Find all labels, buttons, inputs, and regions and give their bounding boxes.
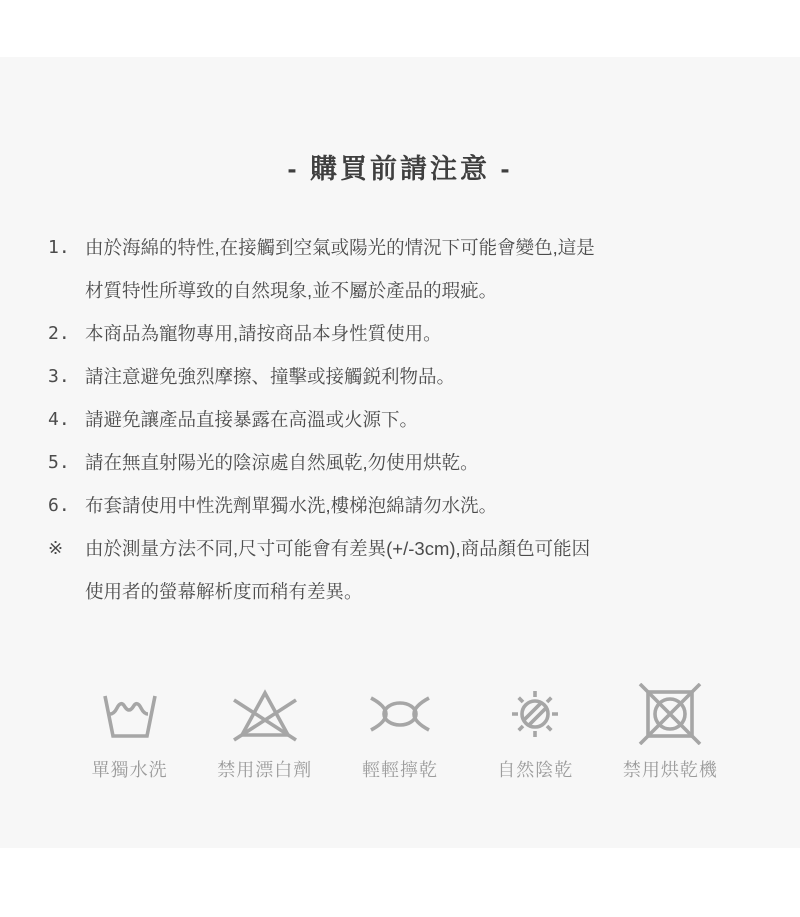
- notice-text: 本商品為寵物專用,請按商品本身性質使用。: [85, 312, 758, 355]
- care-icon-wring-gently: 輕輕擰乾: [332, 683, 467, 782]
- notice-text: 請避免讓產品直接暴露在高溫或火源下。: [85, 398, 758, 441]
- notice-line: 由於測量方法不同,尺寸可能會有差異(+/-3cm),商品顏色可能因: [85, 527, 758, 570]
- care-icon-wash-separately: 單獨水洗: [62, 683, 197, 782]
- notice-number: 6.: [48, 484, 85, 527]
- notice-item: 1. 由於海綿的特性,在接觸到空氣或陽光的情況下可能會變色,這是 材質特性所導致…: [48, 226, 758, 312]
- care-icon-label: 禁用烘乾機: [623, 756, 718, 782]
- care-icon-label: 自然陰乾: [497, 756, 573, 782]
- care-icon-label: 禁用漂白劑: [217, 756, 312, 782]
- wash-separately-icon: [95, 683, 165, 745]
- notice-item: 3. 請注意避免強烈摩擦、撞擊或接觸鋭利物品。: [48, 355, 758, 398]
- notice-item: 4. 請避免讓產品直接暴露在高溫或火源下。: [48, 398, 758, 441]
- notice-text: 由於海綿的特性,在接觸到空氣或陽光的情況下可能會變色,這是 材質特性所導致的自然…: [85, 226, 758, 312]
- notice-line: 材質特性所導致的自然現象,並不屬於產品的瑕疵。: [85, 269, 758, 312]
- product-notice-page: - 購買前請注意 - 1. 由於海綿的特性,在接觸到空氣或陽光的情況下可能會變色…: [0, 0, 800, 917]
- notice-list: 1. 由於海綿的特性,在接觸到空氣或陽光的情況下可能會變色,這是 材質特性所導致…: [48, 226, 758, 613]
- dry-in-shade-icon: [500, 683, 570, 745]
- notice-number: ※: [48, 527, 85, 570]
- page-title: - 購買前請注意 -: [0, 57, 800, 186]
- notice-number: 3.: [48, 355, 85, 398]
- notice-line: 請在無直射陽光的陰涼處自然風乾,勿使用烘乾。: [85, 441, 758, 484]
- notice-text: 請注意避免強烈摩擦、撞擊或接觸鋭利物品。: [85, 355, 758, 398]
- care-icon-no-tumble-dry: 禁用烘乾機: [603, 683, 738, 782]
- notice-text: 由於測量方法不同,尺寸可能會有差異(+/-3cm),商品顏色可能因 使用者的螢幕…: [85, 527, 758, 613]
- no-bleach-icon: [230, 683, 300, 745]
- care-icon-dry-in-shade: 自然陰乾: [468, 683, 603, 782]
- no-tumble-dry-icon: [635, 683, 705, 745]
- notice-number: 4.: [48, 398, 85, 441]
- notice-number: 5.: [48, 441, 85, 484]
- notice-item: 6. 布套請使用中性洗劑單獨水洗,樓梯泡綿請勿水洗。: [48, 484, 758, 527]
- notice-line: 由於海綿的特性,在接觸到空氣或陽光的情況下可能會變色,這是: [85, 226, 758, 269]
- notice-number: 1.: [48, 226, 85, 269]
- care-icons-row: 單獨水洗 禁用漂白劑 輕輕擰乾: [62, 683, 738, 782]
- care-icon-label: 輕輕擰乾: [362, 756, 438, 782]
- notice-line: 本商品為寵物專用,請按商品本身性質使用。: [85, 312, 758, 355]
- notice-panel: - 購買前請注意 - 1. 由於海綿的特性,在接觸到空氣或陽光的情況下可能會變色…: [0, 57, 800, 848]
- notice-item: 2. 本商品為寵物專用,請按商品本身性質使用。: [48, 312, 758, 355]
- care-icon-no-bleach: 禁用漂白劑: [197, 683, 332, 782]
- notice-item: 5. 請在無直射陽光的陰涼處自然風乾,勿使用烘乾。: [48, 441, 758, 484]
- notice-text: 布套請使用中性洗劑單獨水洗,樓梯泡綿請勿水洗。: [85, 484, 758, 527]
- notice-text: 請在無直射陽光的陰涼處自然風乾,勿使用烘乾。: [85, 441, 758, 484]
- notice-line: 請注意避免強烈摩擦、撞擊或接觸鋭利物品。: [85, 355, 758, 398]
- notice-item: ※ 由於測量方法不同,尺寸可能會有差異(+/-3cm),商品顏色可能因 使用者的…: [48, 527, 758, 613]
- wring-gently-icon: [365, 683, 435, 745]
- notice-line: 布套請使用中性洗劑單獨水洗,樓梯泡綿請勿水洗。: [85, 484, 758, 527]
- notice-line: 使用者的螢幕解析度而稍有差異。: [85, 570, 758, 613]
- notice-number: 2.: [48, 312, 85, 355]
- notice-line: 請避免讓產品直接暴露在高溫或火源下。: [85, 398, 758, 441]
- care-icon-label: 單獨水洗: [92, 756, 168, 782]
